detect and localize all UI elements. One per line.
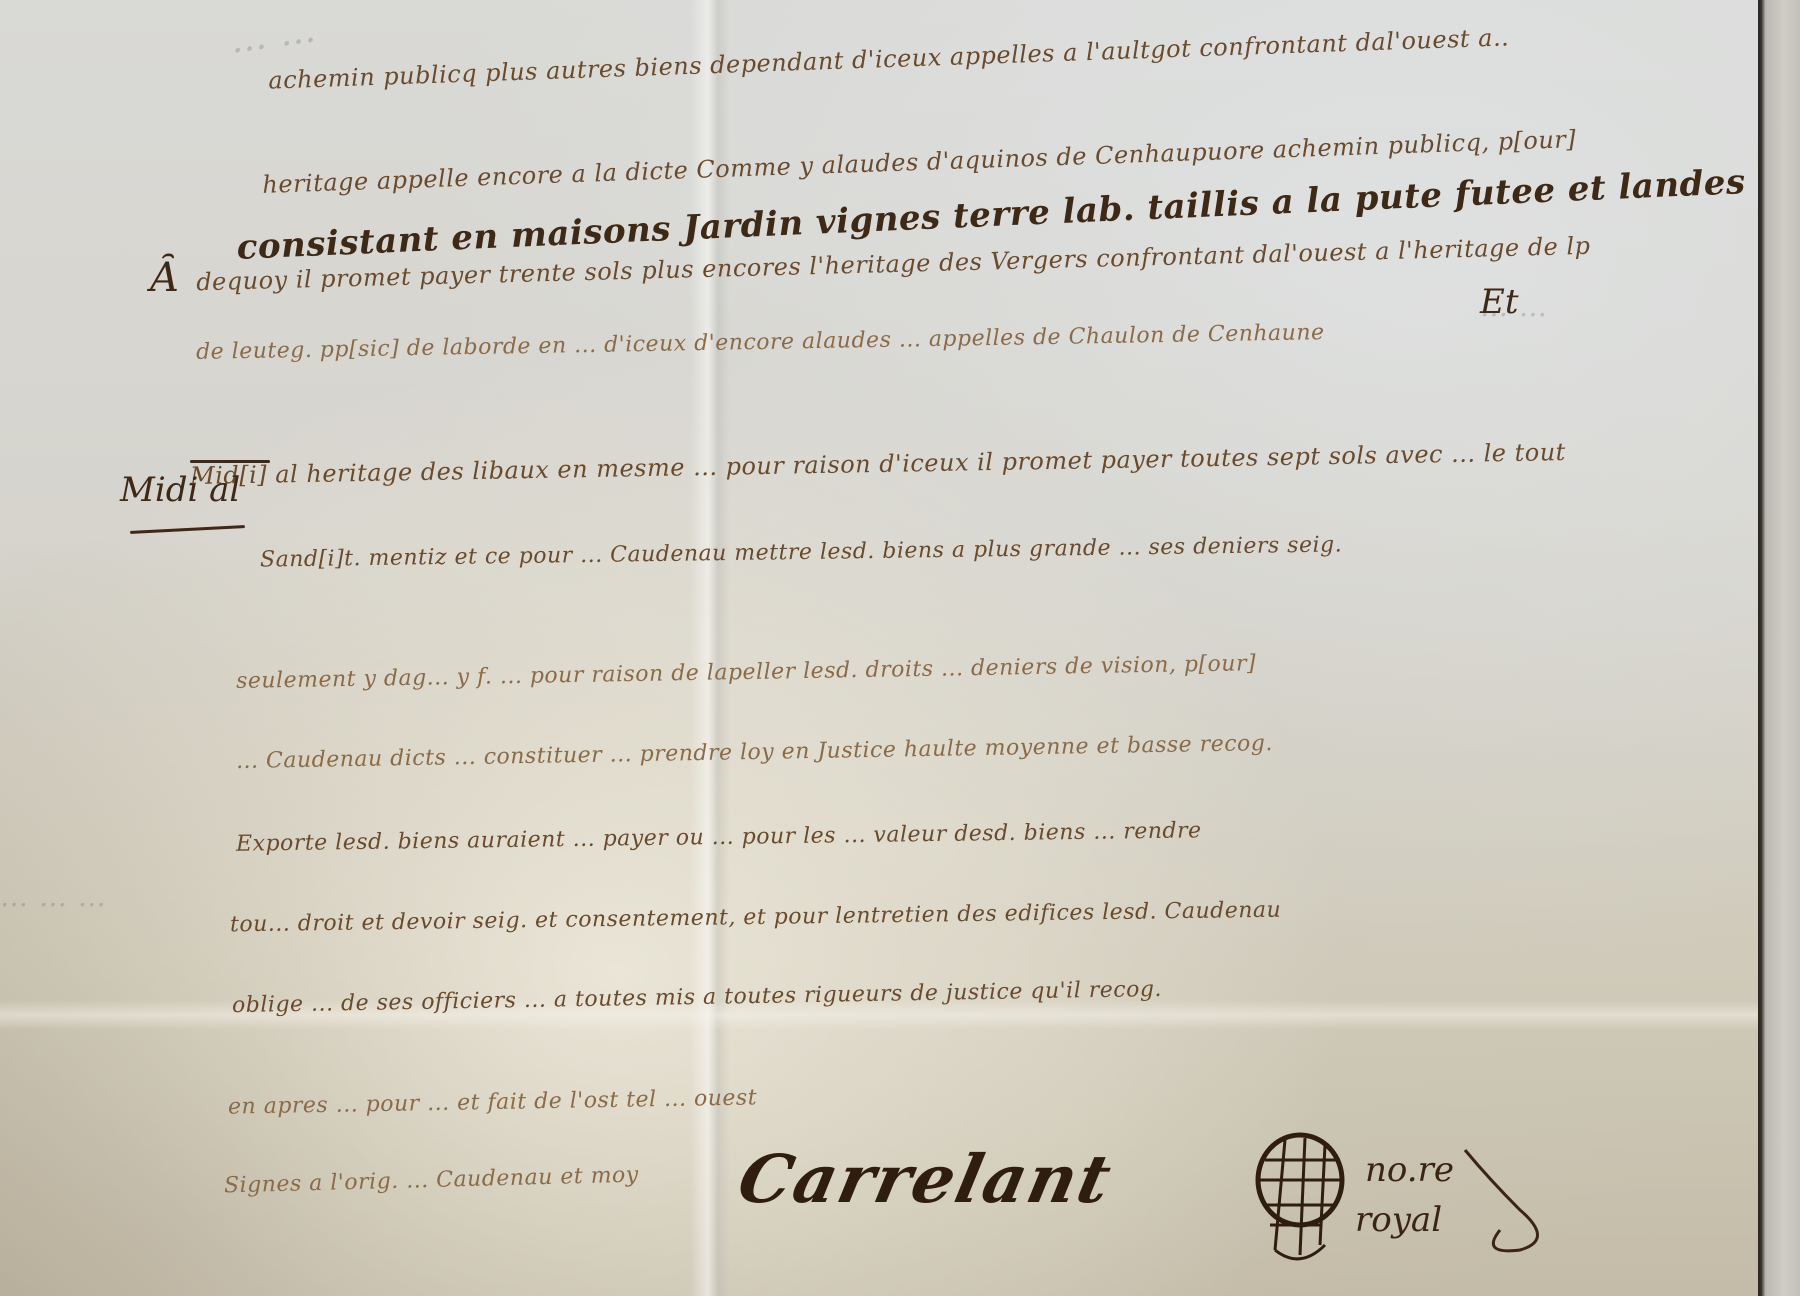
manuscript-line: Sand[i]t. mentiz et ce pour ... Caudenau… (260, 532, 1342, 572)
margin-note-et: Et (1480, 282, 1518, 322)
manuscript-line: tou... droit et devoir seig. et consente… (230, 898, 1282, 938)
signature-name: Carrelant (732, 1140, 1120, 1218)
margin-mark: Ȃ (150, 255, 179, 301)
manuscript-line: de leuteg. pp[sic] de laborde en ... d'i… (196, 320, 1325, 365)
notary-signature: Carrelant no.re royal (740, 1130, 1560, 1280)
signature-title-royal: royal (1355, 1200, 1442, 1240)
manuscript-line: achemin publicq plus autres biens depend… (268, 23, 1510, 94)
signature-title-notary: no.re (1365, 1150, 1454, 1190)
signature-flourish-icon (1460, 1140, 1560, 1260)
margin-overline (190, 460, 270, 463)
manuscript-line: en apres ... pour ... et fait de l'ost t… (228, 1085, 757, 1119)
signature-paraph-icon (1245, 1120, 1355, 1270)
manuscript-line: seulement y dag... y f. ... pour raison … (236, 651, 1256, 694)
manuscript-line: ... Caudenau dicts ... constituer ... pr… (236, 731, 1273, 774)
manuscript-line: Mid[i] al heritage des libaux en mesme .… (190, 438, 1566, 490)
bleed-through-text: … … … (0, 880, 107, 913)
adjacent-page-edge (1758, 0, 1800, 1296)
manuscript-line: Signes a l'orig. ... Caudenau et moy (224, 1163, 639, 1199)
margin-underline (130, 525, 245, 534)
parchment-page: … … … … … … … achemin publicq plus autre… (0, 0, 1758, 1296)
margin-note-midi: Midi al (120, 470, 240, 510)
bleed-through-scribble: … … (228, 9, 319, 62)
